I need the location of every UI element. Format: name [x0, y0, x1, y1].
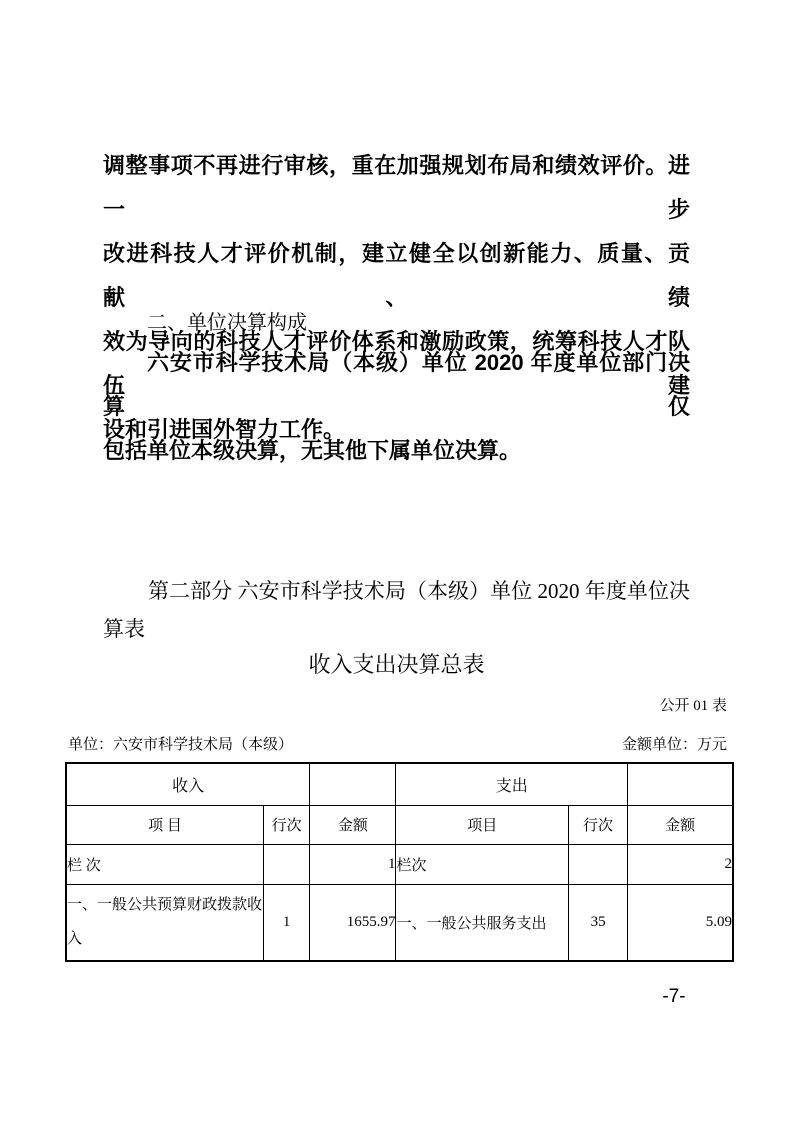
- column-index-row: 栏 次 1 栏次 2: [66, 844, 733, 884]
- col-header-amount-left: 金额: [310, 805, 396, 844]
- index-label-right: 栏次: [396, 844, 569, 884]
- index-value-right: 2: [628, 844, 733, 884]
- income-line-no-cell: 1: [264, 884, 310, 961]
- empty-cell: [568, 844, 627, 884]
- table-data-row: 一、一般公共预算财政拨款收入 1 1655.97 一、一般公共服务支出 35 5…: [66, 884, 733, 961]
- empty-cell: [264, 844, 310, 884]
- table-meta-row: 单位：六安市科学技术局（本级） 金额单位：万元: [68, 734, 727, 756]
- income-group-header: 收入: [66, 763, 310, 805]
- body-line: 调整事项不再进行审核，重在加强规划布局和绩效评价。进一步: [103, 144, 690, 232]
- col-header-amount-right: 金额: [628, 805, 733, 844]
- part2-heading-line: 算表: [103, 610, 690, 648]
- table-group-header-row: 收入 支出: [66, 763, 733, 805]
- table-column-header-row: 项 目 行次 金额 项目 行次 金额: [66, 805, 733, 844]
- empty-cell: [628, 763, 733, 805]
- expense-amount-cell: 5.09: [628, 884, 733, 961]
- body-line: 六安市科学技术局（本级）单位 2020 年度单位部门决算仅: [103, 341, 690, 429]
- table-title: 收入支出决算总表: [103, 650, 690, 680]
- col-header-line-left: 行次: [264, 805, 310, 844]
- col-header-item-left: 项 目: [66, 805, 264, 844]
- index-label-left: 栏 次: [66, 844, 264, 884]
- part2-heading: 第二部分 六安市科学技术局（本级）单位 2020 年度单位决 算表: [103, 572, 690, 648]
- income-item-cell: 一、一般公共预算财政拨款收入: [66, 884, 264, 961]
- section-heading: 二、单位决算构成: [147, 308, 307, 338]
- table-code-label: 公开 01 表: [659, 695, 727, 717]
- col-header-item-right: 项目: [396, 805, 569, 844]
- income-amount-cell: 1655.97: [310, 884, 396, 961]
- index-value-left: 1: [310, 844, 396, 884]
- unit-label: 单位：六安市科学技术局（本级）: [68, 734, 293, 756]
- document-page: 调整事项不再进行审核，重在加强规划布局和绩效评价。进一步 改进科技人才评价机制，…: [0, 0, 793, 1122]
- body-paragraph-2: 六安市科学技术局（本级）单位 2020 年度单位部门决算仅 包括单位本级决算，无…: [103, 341, 690, 473]
- part2-heading-line: 第二部分 六安市科学技术局（本级）单位 2020 年度单位决: [103, 572, 690, 610]
- empty-cell: [310, 763, 396, 805]
- income-expense-summary-table: 收入 支出 项 目 行次 金额 项目 行次 金额 栏 次 1 栏次 2 一、一般…: [65, 762, 734, 962]
- amount-unit-label: 金额单位：万元: [622, 734, 727, 756]
- body-line: 改进科技人才评价机制，建立健全以创新能力、质量、贡献、绩: [103, 232, 690, 320]
- expense-line-no-cell: 35: [568, 884, 627, 961]
- col-header-line-right: 行次: [568, 805, 627, 844]
- page-number: -7-: [648, 986, 700, 1008]
- expense-group-header: 支出: [396, 763, 628, 805]
- body-line: 包括单位本级决算，无其他下属单位决算。: [103, 429, 690, 473]
- expense-item-cell: 一、一般公共服务支出: [396, 884, 569, 961]
